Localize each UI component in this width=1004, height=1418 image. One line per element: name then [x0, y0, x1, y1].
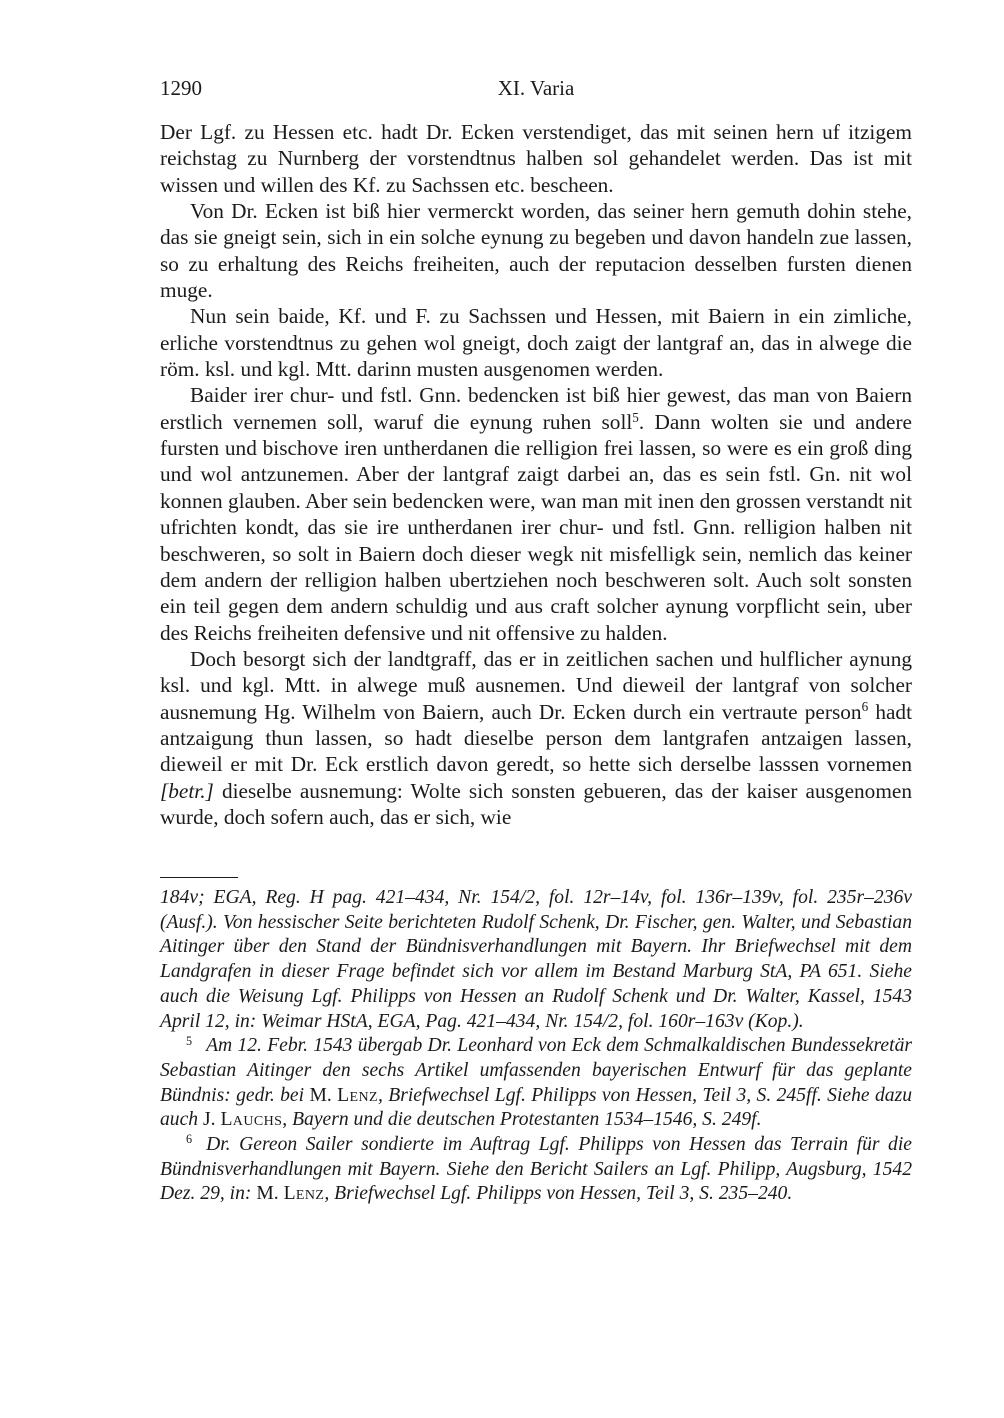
book-page: 1290 XI. Varia Der Lgf. zu Hessen etc. h… — [0, 0, 1004, 1418]
text-run: [betr.] — [160, 779, 214, 803]
text-run: Lenz — [284, 1183, 325, 1204]
paragraph: Baider irer chur- und fstl. Gnn. bedenck… — [160, 382, 912, 645]
text-run: Der Lgf. zu Hessen etc. hadt Dr. Ecken v… — [160, 120, 912, 197]
paragraph: Von Dr. Ecken ist biß hier vermerckt wor… — [160, 198, 912, 303]
text-run: 184v; EGA, Reg. H pag. 421–434, Nr. 154/… — [160, 887, 912, 1032]
footnote-reference: 6 — [862, 699, 869, 714]
text-run: Lenz — [337, 1085, 378, 1106]
text-run: Nun sein baide, Kf. und F. zu Sachssen u… — [160, 304, 912, 381]
footnote: 184v; EGA, Reg. H pag. 421–434, Nr. 154/… — [160, 886, 912, 1034]
text-run: Lauchs — [220, 1109, 282, 1130]
text-run: J. — [203, 1109, 220, 1130]
page-header: 1290 XI. Varia — [160, 76, 912, 100]
main-text: Der Lgf. zu Hessen etc. hadt Dr. Ecken v… — [160, 119, 912, 830]
text-run: M. — [256, 1183, 283, 1204]
page-number: 1290 — [160, 76, 202, 100]
text-run: . Dann wolten sie und andere fursten und… — [160, 410, 912, 645]
paragraph: Nun sein baide, Kf. und F. zu Sachssen u… — [160, 303, 912, 382]
text-run: M. — [309, 1085, 337, 1106]
text-run: , Bayern und die deutschen Protestanten … — [282, 1109, 761, 1130]
footnote-separator — [160, 877, 238, 878]
footnote: 6Dr. Gereon Sailer sondierte im Auftrag … — [160, 1133, 912, 1207]
footnote-reference: 5 — [632, 410, 639, 425]
paragraph: Doch besorgt sich der landtgraff, das er… — [160, 646, 912, 830]
footnote-marker: 5 — [186, 1034, 192, 1048]
paragraph: Der Lgf. zu Hessen etc. hadt Dr. Ecken v… — [160, 119, 912, 198]
footnote-marker: 6 — [186, 1132, 192, 1146]
text-run: Von Dr. Ecken ist biß hier vermerckt wor… — [160, 199, 912, 302]
text-run: Doch besorgt sich der landtgraff, das er… — [160, 647, 912, 724]
text-run: dieselbe ausnemung: Wolte sich sonsten g… — [160, 779, 912, 829]
running-title: XI. Varia — [160, 76, 912, 100]
footnotes: 184v; EGA, Reg. H pag. 421–434, Nr. 154/… — [160, 886, 912, 1207]
footnote: 5Am 12. Febr. 1543 übergab Dr. Leonhard … — [160, 1034, 912, 1133]
text-run: , Briefwechsel Lgf. Philipps von Hessen,… — [324, 1183, 792, 1204]
